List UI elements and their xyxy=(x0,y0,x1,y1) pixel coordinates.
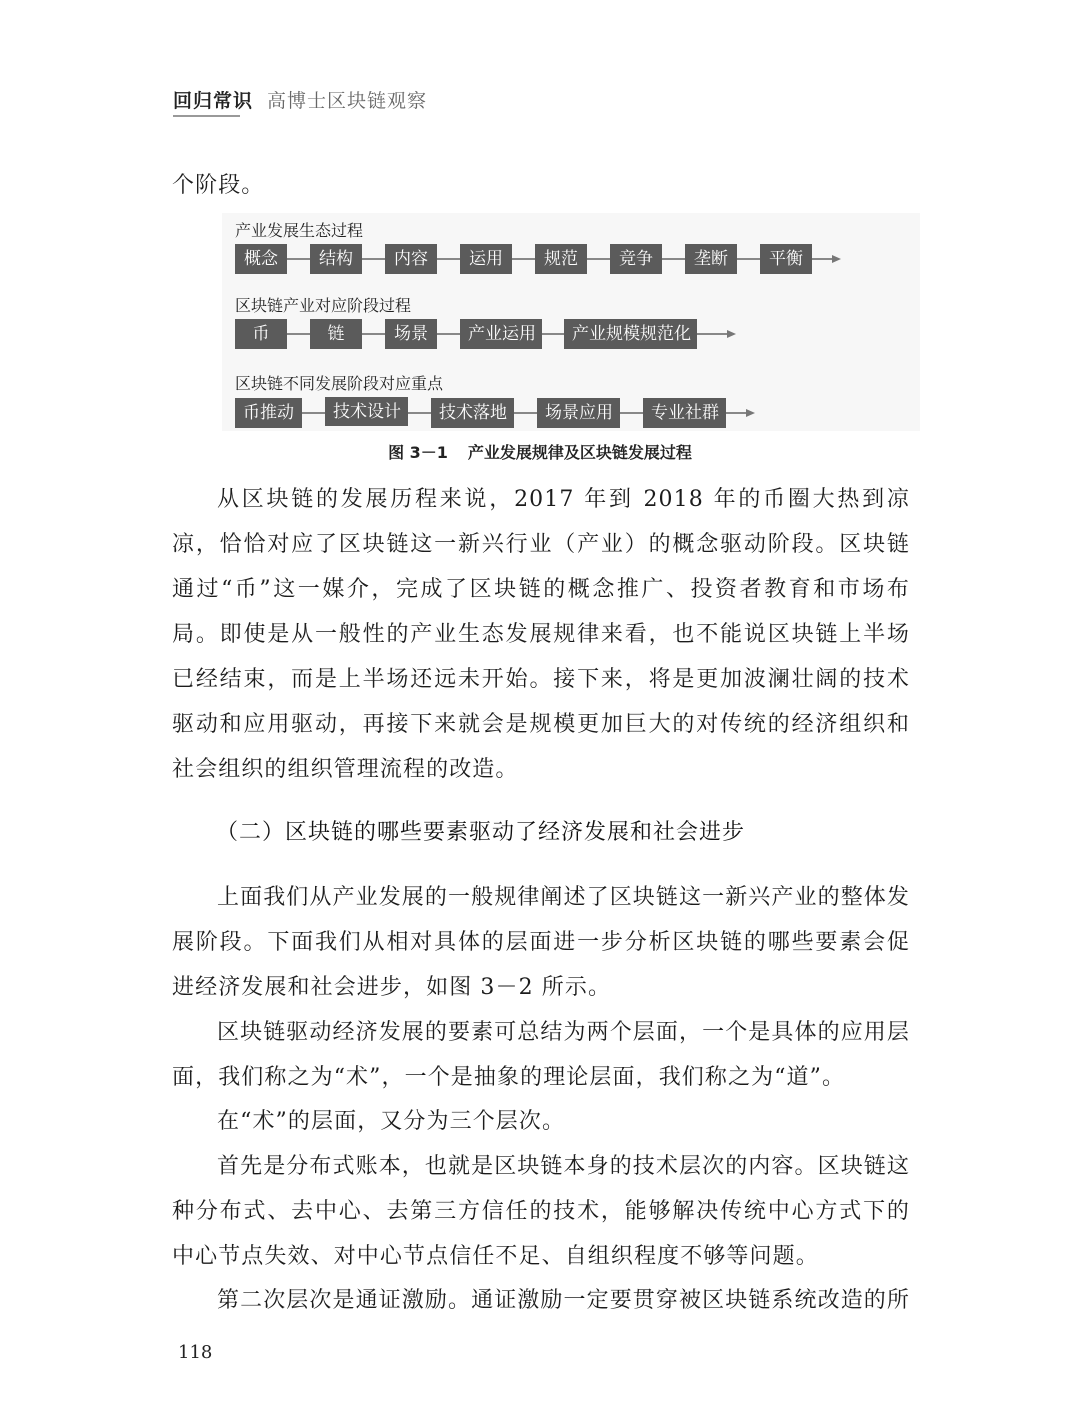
running-head: 回归常识高博士区块链观察 xyxy=(173,86,427,113)
stage-box: 币 xyxy=(235,319,287,349)
stage-box: 技术设计 xyxy=(325,397,408,426)
stage-box: 内容 xyxy=(385,244,437,274)
connector xyxy=(437,258,460,260)
arrow-right-icon xyxy=(812,255,841,263)
intro-fragment: 个阶段。 xyxy=(172,163,910,208)
page-number: 118 xyxy=(178,1342,212,1363)
connector xyxy=(620,412,643,414)
connector xyxy=(737,258,760,260)
stage-box: 链 xyxy=(310,319,362,349)
arrow-right-icon xyxy=(697,330,736,338)
stage-box: 竞争 xyxy=(610,244,662,274)
stage-box: 产业规模规范化 xyxy=(564,319,697,349)
section-heading: （二）区块链的哪些要素驱动了经济发展和社会进步 xyxy=(216,815,745,846)
connector xyxy=(437,333,460,335)
flow-blockchain-focus: 币推动 技术设计 技术落地 场景应用 专业社群 xyxy=(235,398,755,428)
connector xyxy=(587,258,610,260)
connector xyxy=(514,412,537,414)
figure-number: 图 3－1 xyxy=(388,443,448,462)
connector xyxy=(287,333,310,335)
arrow-right-icon xyxy=(726,409,755,417)
stage-box: 场景 xyxy=(385,319,437,349)
flow-industry: 概念 结构 内容 运用 规范 竞争 垄断 平衡 xyxy=(235,244,841,274)
stage-box: 平衡 xyxy=(760,244,812,274)
book-subtitle: 高博士区块链观察 xyxy=(267,90,427,112)
connector xyxy=(662,258,685,260)
connector xyxy=(408,412,431,414)
connector xyxy=(512,258,535,260)
body-paragraph: 区块链驱动经济发展的要素可总结为两个层面，一个是具体的应用层面，我们称之为“术”… xyxy=(172,1010,910,1100)
connector xyxy=(302,412,325,414)
stage-box: 技术落地 xyxy=(431,398,514,428)
stage-box: 垄断 xyxy=(685,244,737,274)
stage-box: 产业运用 xyxy=(460,319,542,349)
figure-caption-text: 产业发展规律及区块链发展过程 xyxy=(468,443,692,462)
figure-3-1: 产业发展生态过程 概念 结构 内容 运用 规范 竞争 垄断 平衡 区块链产业对应… xyxy=(222,213,920,431)
stage-box: 运用 xyxy=(460,244,512,274)
body-paragraph: 上面我们从产业发展的一般规律阐述了区块链这一新兴产业的整体发展阶段。下面我们从相… xyxy=(172,875,910,1010)
stage-box: 专业社群 xyxy=(643,398,726,428)
connector xyxy=(287,258,310,260)
flow-blockchain-stages: 币 链 场景 产业运用 产业规模规范化 xyxy=(235,319,736,349)
stage-box: 场景应用 xyxy=(537,398,620,428)
stage-box: 结构 xyxy=(310,244,362,274)
figure-caption: 图 3－1产业发展规律及区块链发展过程 xyxy=(0,440,1080,463)
body-paragraph: 从区块链的发展历程来说，2017 年到 2018 年的币圈大热到凉凉，恰恰对应了… xyxy=(172,477,910,792)
connector xyxy=(542,333,564,335)
row-title-blockchain-focus: 区块链不同发展阶段对应重点 xyxy=(235,371,443,394)
body-paragraph: 在“术”的层面，又分为三个层次。 xyxy=(172,1099,910,1144)
body-paragraph: 首先是分布式账本，也就是区块链本身的技术层次的内容。区块链这种分布式、去中心、去… xyxy=(172,1144,910,1279)
connector xyxy=(362,258,385,260)
stage-box: 规范 xyxy=(535,244,587,274)
book-title: 回归常识 xyxy=(173,90,253,112)
stage-box: 币推动 xyxy=(235,398,302,428)
row-title-industry: 产业发展生态过程 xyxy=(235,218,363,241)
connector xyxy=(362,333,385,335)
body-paragraph: 第二次层次是通证激励。通证激励一定要贯穿被区块链系统改造的所 xyxy=(172,1278,910,1323)
stage-box: 概念 xyxy=(235,244,287,274)
header-rule xyxy=(173,115,240,117)
row-title-blockchain-stages: 区块链产业对应阶段过程 xyxy=(235,293,411,316)
